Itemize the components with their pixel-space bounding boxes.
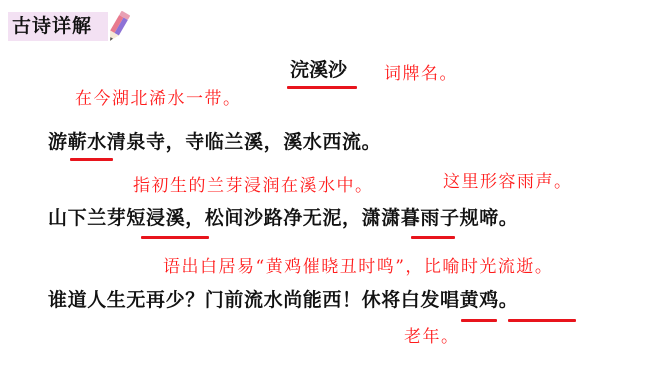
note-baifa: 老年。	[404, 326, 460, 348]
underline-poem-title	[287, 86, 357, 89]
underline-xiaoxiao	[411, 236, 455, 239]
underline-changhuangji	[508, 319, 576, 322]
poem-line-3: 谁道人生无再少？门前流水尚能西！休将白发唱黄鸡。	[48, 288, 518, 312]
underline-qishui	[70, 158, 113, 161]
note-huangji: 语出白居易“黄鸡催晓丑时鸣”，比喻时光流逝。	[163, 256, 553, 278]
note-xiaoxiao: 这里形容雨声。	[443, 171, 573, 193]
underline-duanjinxi	[141, 236, 209, 239]
underline-baifa	[461, 319, 497, 322]
poem-line-1: 游蕲水清泉寺，寺临兰溪，溪水西流。	[48, 130, 381, 154]
note-title: 词牌名。	[384, 63, 458, 85]
note-qishui: 在今湖北浠水一带。	[75, 88, 242, 110]
note-duanjinxi: 指初生的兰芽浸润在溪水中。	[133, 175, 374, 197]
poem-title: 浣溪沙	[290, 58, 347, 82]
section-header-title: 古诗详解	[12, 13, 92, 39]
poem-line-2: 山下兰芽短浸溪，松间沙路净无泥，潇潇暮雨子规啼。	[48, 206, 518, 230]
pencil-icon	[104, 8, 132, 46]
